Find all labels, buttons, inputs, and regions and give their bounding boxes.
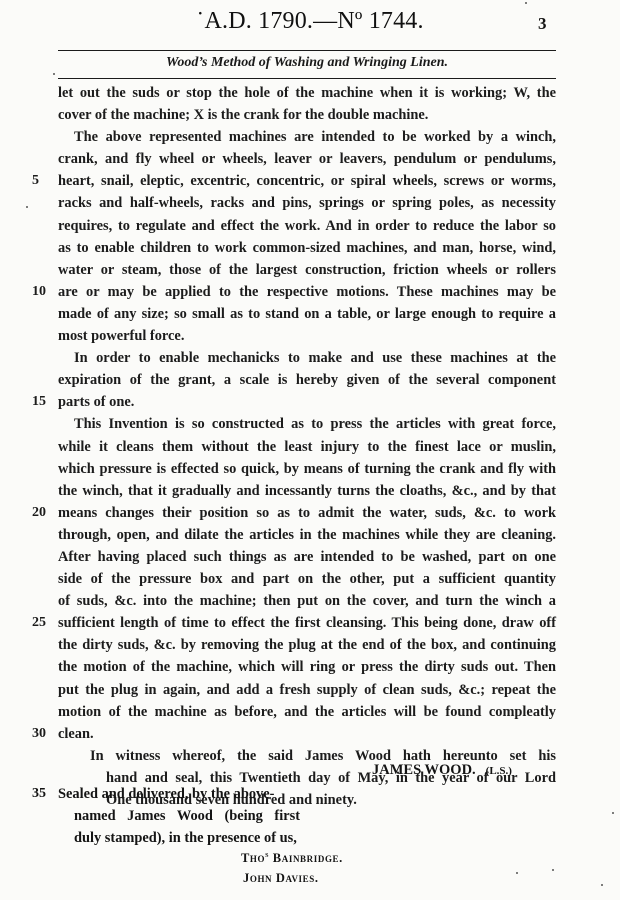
text-line: the dirty suds, &c. by removing the plug… bbox=[58, 634, 556, 656]
patent-page: ˙A.D. 1790.—Nº 1744. 3 Wood’s Method of … bbox=[0, 0, 620, 900]
text-line: requires, to regulate and effect the wor… bbox=[58, 215, 556, 237]
page-title: ˙A.D. 1790.—Nº 1744. bbox=[0, 8, 620, 35]
text-line: This Invention is so constructed as to p… bbox=[58, 413, 556, 435]
attestation-clause: 35Sealed and delivered, by the above- na… bbox=[58, 783, 300, 849]
text-line: the winch, that it gradually and incessa… bbox=[58, 480, 556, 502]
text-line: let out the suds or stop the hole of the… bbox=[58, 82, 556, 104]
text-line: After having placed such things as are i… bbox=[58, 546, 556, 568]
signature: JAMES WOOD.(L.S.) bbox=[372, 762, 512, 779]
text-line: 25sufficient length of time to effect th… bbox=[58, 612, 556, 634]
paper-speck bbox=[26, 206, 28, 208]
paper-speck bbox=[601, 884, 603, 886]
page-number: 3 bbox=[538, 14, 547, 34]
attestation-line: 35Sealed and delivered, by the above- bbox=[58, 783, 300, 805]
text-line: racks and half-wheels, racks and pins, s… bbox=[58, 192, 556, 214]
paper-speck bbox=[612, 812, 614, 814]
text-line: put the plug in again, and add a fresh s… bbox=[58, 679, 556, 701]
witness-name: Thos Bainbridge. bbox=[241, 844, 343, 868]
paper-speck bbox=[516, 872, 518, 874]
line-number: 5 bbox=[32, 170, 52, 192]
body-text: let out the suds or stop the hole of the… bbox=[58, 82, 556, 811]
text-line: through, open, and dilate the articles i… bbox=[58, 524, 556, 546]
text-line: made of any size; so small as to stand o… bbox=[58, 303, 556, 325]
text-line: most powerful force. bbox=[58, 325, 556, 347]
witness-name: John Davies. bbox=[241, 868, 343, 888]
text-line: which pressure is effected so quick, by … bbox=[58, 458, 556, 480]
seal-mark: (L.S.) bbox=[486, 765, 512, 777]
text-line: 5heart, snail, eleptic, excentric, conce… bbox=[58, 170, 556, 192]
text-line: as to enable children to work common-siz… bbox=[58, 237, 556, 259]
paper-speck bbox=[53, 73, 55, 75]
text-line: In order to enable mechanicks to make an… bbox=[58, 347, 556, 369]
line-number: 20 bbox=[32, 502, 52, 524]
text-line: 15parts of one. bbox=[58, 391, 556, 413]
paper-speck bbox=[525, 2, 527, 4]
text-line: motion of the machine as before, and the… bbox=[58, 701, 556, 723]
text-line: of suds, &c. into the machine; then put … bbox=[58, 590, 556, 612]
header-rule-top bbox=[58, 50, 556, 51]
line-number: 15 bbox=[32, 391, 52, 413]
text-line: 30clean. bbox=[58, 723, 556, 745]
text-line: water or steam, those of the largest con… bbox=[58, 259, 556, 281]
paper-speck bbox=[552, 869, 554, 871]
header-rule-bottom bbox=[58, 78, 556, 79]
text-line: side of the pressure box and part on the… bbox=[58, 568, 556, 590]
attestation-line: named James Wood (being first bbox=[58, 805, 300, 827]
running-head: Wood’s Method of Washing and Wringing Li… bbox=[58, 55, 556, 71]
line-number: 10 bbox=[32, 281, 52, 303]
text-line: 10are or may be applied to the respectiv… bbox=[58, 281, 556, 303]
text-line: the motion of the machine, which will ri… bbox=[58, 656, 556, 678]
signatory-name: JAMES WOOD. bbox=[372, 762, 476, 778]
text-line: crank, and fly wheel or wheels, leaver o… bbox=[58, 148, 556, 170]
text-line: 20means changes their position so as to … bbox=[58, 502, 556, 524]
line-number: 30 bbox=[32, 723, 52, 745]
text-line: cover of the machine; X is the crank for… bbox=[58, 104, 556, 126]
line-number: 25 bbox=[32, 612, 52, 634]
witness-list: Thos Bainbridge. John Davies. bbox=[241, 844, 343, 888]
line-number: 35 bbox=[32, 783, 52, 805]
text-line: while it cleans them without the least i… bbox=[58, 436, 556, 458]
text-line: The above represented machines are inten… bbox=[58, 126, 556, 148]
text-line: expiration of the grant, a scale is here… bbox=[58, 369, 556, 391]
